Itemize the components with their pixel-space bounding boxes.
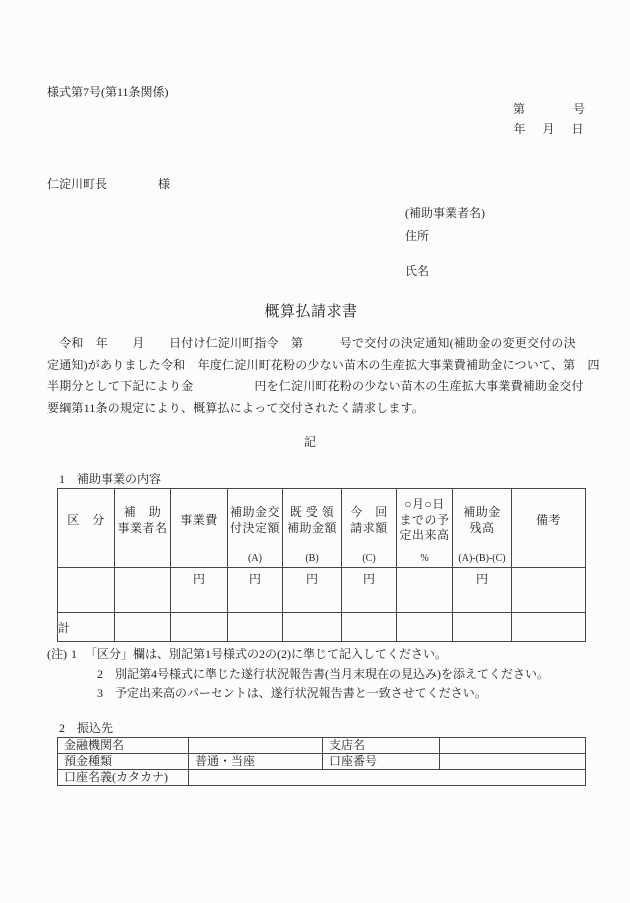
section2-heading: 2 振込先 <box>59 719 113 736</box>
note-text: 「区分」欄は、別記第1号様式の2の(2)に準じて記入してください。 <box>85 647 447 661</box>
bank-row-1: 金融機関名 支店名 <box>58 738 586 754</box>
col-header-subsidy-balance: 補助金 残高 (A)-(B)-(C) <box>453 489 512 568</box>
table-total-row: 計 <box>58 613 586 642</box>
addressee-line: 仁淀川町長 様 <box>47 175 170 192</box>
applicant-signer-label: 氏名 <box>405 262 429 279</box>
col-header-text: 残高 <box>469 521 494 537</box>
col-header-text: 事業費 <box>180 513 218 529</box>
account-type-value: 普通・当座 <box>189 754 323 770</box>
body-paragraph: 令和 年 月 日付け仁淀川町指令 第 号で交付の決定通知(補助金の変更交付の決 … <box>47 333 600 420</box>
col-header-sub <box>115 552 170 567</box>
col-header-text: までの予 <box>399 513 449 529</box>
entry-cell-operator <box>115 568 171 613</box>
entry-cell-project-cost-yen: 円 <box>171 568 228 613</box>
col-header-sub <box>171 552 227 567</box>
note-text: 予定出来高のパーセントは、遂行状況報告書と一致させてください。 <box>115 686 487 700</box>
document-number-line: 第 号 <box>513 100 585 117</box>
form-number-label: 様式第7号(第11条関係) <box>47 83 169 100</box>
account-type-label: 預金種類 <box>58 754 189 770</box>
col-header-text: 事業者名 <box>117 521 167 537</box>
note-number: 1 <box>71 647 77 661</box>
entry-cell-balance-yen: 円 <box>453 568 512 613</box>
applicant-address-label: 住所 <box>405 227 429 244</box>
col-header-text: 今 回 <box>350 505 388 521</box>
col-header-received-amount: 既 受 領 補助金額 (B) <box>283 489 342 568</box>
total-empty-cell <box>453 613 512 642</box>
body-line-1: 令和 年 月 日付け仁淀川町指令 第 号で交付の決定通知(補助金の変更交付の決 <box>47 333 600 355</box>
table-entry-row: 円 円 円 円 円 <box>58 568 586 613</box>
col-header-kubun: 区 分 <box>58 489 115 568</box>
col-header-sub: (A)-(B)-(C) <box>453 552 511 567</box>
section1-heading: 1 補助事業の内容 <box>59 470 161 487</box>
col-header-project-cost: 事業費 <box>171 489 228 568</box>
total-empty-cell <box>115 613 171 642</box>
addressee-name: 仁淀川町長 <box>47 177 107 191</box>
entry-cell-b-yen: 円 <box>283 568 342 613</box>
col-header-sub: (C) <box>342 552 396 567</box>
col-header-text: ○月○日 <box>404 497 445 513</box>
branch-name-value <box>440 738 586 754</box>
entry-cell-c-yen: 円 <box>342 568 397 613</box>
total-empty-cell <box>171 613 228 642</box>
applicant-name-label: (補助事業者名) <box>405 204 485 221</box>
col-header-text: 備考 <box>536 513 561 529</box>
col-header-text: 定出来高 <box>399 528 449 544</box>
col-header-progress-estimate: ○月○日 までの予 定出来高 % <box>397 489 453 568</box>
col-header-sub <box>58 552 114 567</box>
body-line-3: 半期分として下記により金 円を仁淀川町花粉の少ない苗木の生産拡大事業費補助金交付 <box>47 376 600 398</box>
total-empty-cell <box>342 613 397 642</box>
col-header-business-operator: 補 助 事業者名 <box>115 489 171 568</box>
col-header-sub: % <box>397 552 452 567</box>
body-line-4: 要綱第11条の規定により、概算払によって交付されたく請求します。 <box>47 398 600 420</box>
col-header-text: 付決定額 <box>230 521 280 537</box>
bank-name-value <box>189 738 323 754</box>
col-header-current-request: 今 回 請求額 (C) <box>342 489 397 568</box>
col-header-text: 請求額 <box>350 521 388 537</box>
note-line-2: 2別記第4号様式に準じた遂行状況報告書(当月末現在の見込み)を添えてください。 <box>97 665 549 685</box>
col-header-text: 区 分 <box>67 513 105 529</box>
bank-name-label: 金融機関名 <box>58 738 189 754</box>
subsidy-project-table: 区 分 補 助 事業者名 事業費 補助金交 付決定額 (A) <box>57 488 586 642</box>
note-prefix: (注) <box>47 647 67 661</box>
bank-transfer-table: 金融機関名 支店名 預金種類 普通・当座 口座番号 口座名義(カタカナ) <box>57 737 586 786</box>
note-text: 別記第4号様式に準じた遂行状況報告書(当月末現在の見込み)を添えてください。 <box>115 667 549 681</box>
bank-row-3: 口座名義(カタカナ) <box>58 770 586 786</box>
entry-cell-progress <box>397 568 453 613</box>
col-header-text: 補助金額 <box>287 521 337 537</box>
account-holder-label: 口座名義(カタカナ) <box>58 770 189 786</box>
entry-cell-remarks <box>512 568 586 613</box>
total-empty-cell <box>283 613 342 642</box>
ki-separator-label: 記 <box>0 433 625 450</box>
bank-row-2: 預金種類 普通・当座 口座番号 <box>58 754 586 770</box>
notes-block: (注)1「区分」欄は、別記第1号様式の2の(2)に準じて記入してください。 2別… <box>47 645 549 704</box>
total-label-cell: 計 <box>58 613 115 642</box>
note-number: 3 <box>97 686 103 700</box>
account-number-label: 口座番号 <box>323 754 440 770</box>
entry-cell-kubun <box>58 568 115 613</box>
col-header-text: 補助金交 <box>230 505 280 521</box>
col-header-text: 補助金 <box>463 505 501 521</box>
document-title: 概算払請求書 <box>0 300 626 321</box>
table-header-row: 区 分 補 助 事業者名 事業費 補助金交 付決定額 (A) <box>58 489 586 568</box>
total-empty-cell <box>397 613 453 642</box>
account-number-value <box>440 754 586 770</box>
entry-cell-a-yen: 円 <box>228 568 283 613</box>
account-holder-value <box>189 770 586 786</box>
date-line: 年 月 日 <box>513 120 586 137</box>
total-empty-cell <box>228 613 283 642</box>
note-line-1: (注)1「区分」欄は、別記第1号様式の2の(2)に準じて記入してください。 <box>47 645 549 665</box>
document-page: 様式第7号(第11条関係) 第 号 年 月 日 仁淀川町長 様 (補助事業者名)… <box>0 0 630 903</box>
body-line-2: 定通知)がありました令和 年度仁淀川町花粉の少ない苗木の生産拡大事業費補助金につ… <box>47 355 600 377</box>
total-empty-cell <box>512 613 586 642</box>
note-number: 2 <box>97 667 103 681</box>
note-line-3: 3予定出来高のパーセントは、遂行状況報告書と一致させてください。 <box>97 684 549 704</box>
col-header-text: 既 受 領 <box>290 505 335 521</box>
col-header-sub: (A) <box>228 552 282 567</box>
col-header-grant-decision-amount: 補助金交 付決定額 (A) <box>228 489 283 568</box>
branch-name-label: 支店名 <box>323 738 440 754</box>
col-header-sub: (B) <box>283 552 341 567</box>
col-header-remarks: 備考 <box>512 489 586 568</box>
col-header-sub <box>512 552 585 567</box>
col-header-text: 補 助 <box>124 505 162 521</box>
addressee-honorific: 様 <box>158 177 170 191</box>
